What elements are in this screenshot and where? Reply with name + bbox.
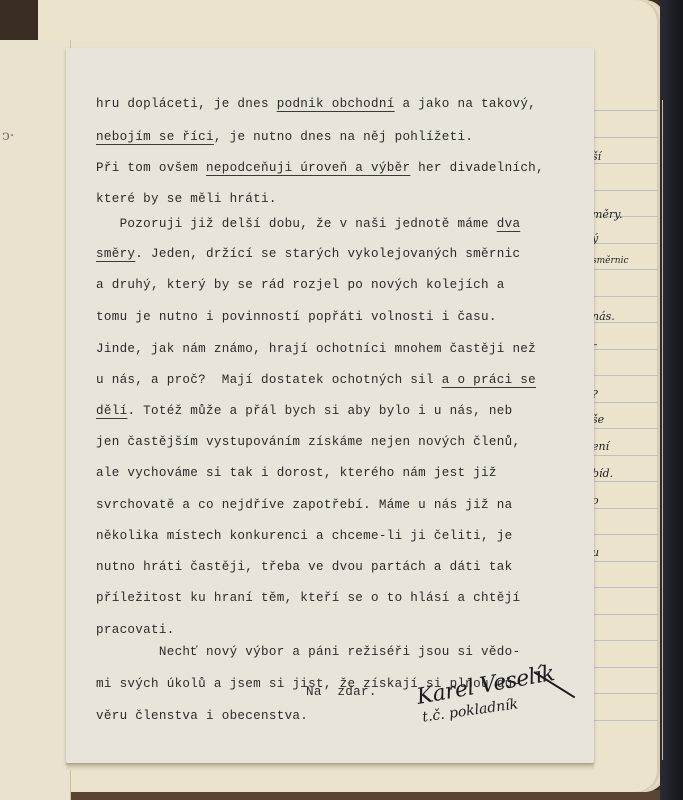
text-segment: které by se měli hráti. xyxy=(96,192,277,206)
ruled-line xyxy=(590,296,658,297)
ruled-line xyxy=(590,137,658,138)
handwritten-fragment: ení xyxy=(592,440,609,453)
text-line: které by se měli hráti. xyxy=(96,191,277,207)
text-segment: . Jeden, držící se starých vykolejovanýc… xyxy=(135,247,520,261)
handwritten-fragment: měry. xyxy=(592,208,622,221)
notebook-cover xyxy=(660,0,683,800)
text-line: ale vychováme si tak i dorost, kterého n… xyxy=(96,465,497,481)
typewritten-sheet: hru dopláceti, je dnes podnik obchodní a… xyxy=(66,48,594,763)
text-line: Nechť nový výbor a páni režiséři jsou si… xyxy=(96,644,520,660)
text-segment: pracovati. xyxy=(96,623,175,637)
underlined-phrase: nebojím se říci xyxy=(96,130,214,144)
text-segment: Při tom ovšem xyxy=(96,161,206,175)
underlined-phrase: a o práci se xyxy=(442,373,536,387)
text-line: nutno hráti častěji, třeba ve dvou partá… xyxy=(96,559,512,575)
underlined-phrase: dva xyxy=(497,217,521,231)
text-line: nebojím se říci, je nutno dnes na něj po… xyxy=(96,129,473,145)
text-line: Jinde, jak nám známo, hrají ochotníci mn… xyxy=(96,341,536,357)
text-line: hru dopláceti, je dnes podnik obchodní a… xyxy=(96,96,536,112)
text-segment: ale vychováme si tak i dorost, kterého n… xyxy=(96,466,497,480)
text-line: několika místech konkurenci a chceme-li … xyxy=(96,528,512,544)
ruled-line xyxy=(590,693,658,694)
text-segment: . Totéž může a přál bych si aby bylo i u… xyxy=(127,404,512,418)
text-segment: jen častějším vystupováním získáme nejen… xyxy=(96,435,520,449)
text-line: u nás, a proč? Mají dostatek ochotných s… xyxy=(96,372,536,388)
text-segment: Pozoruji již delší dobu, že v naši jedno… xyxy=(96,217,497,231)
text-line: svrchovatě a co nejdříve zapotřebí. Máme… xyxy=(96,497,512,513)
text-segment: věru členstva i obecenstva. xyxy=(96,709,308,723)
ruled-line xyxy=(590,640,658,641)
text-segment: , je nutno dnes na něj pohlížeti. xyxy=(214,130,473,144)
underlined-phrase: směry xyxy=(96,247,135,261)
ruled-line xyxy=(590,455,658,456)
text-segment: Jinde, jak nám známo, hrají ochotníci mn… xyxy=(96,342,536,356)
text-segment: příležitost ku hraní těm, kteří se o to … xyxy=(96,591,520,605)
text-segment: svrchovatě a co nejdříve zapotřebí. Máme… xyxy=(96,498,512,512)
text-segment: Nechť nový výbor a páni režiséři jsou si… xyxy=(96,645,520,659)
text-segment: hru dopláceti, je dnes xyxy=(96,97,277,111)
text-segment: her divadelních, xyxy=(410,161,544,175)
text-segment: několika místech konkurenci a chceme-li … xyxy=(96,529,512,543)
text-line: směry. Jeden, držící se starých vykolejo… xyxy=(96,246,520,262)
facing-left-page: ↄ· xyxy=(0,40,71,800)
ruled-line xyxy=(590,243,658,244)
ruled-line xyxy=(590,375,658,376)
ruled-line xyxy=(590,190,658,191)
ruled-line xyxy=(590,269,658,270)
ruled-line xyxy=(590,667,658,668)
ruled-line xyxy=(590,163,658,164)
ruled-line xyxy=(590,720,658,721)
text-line: pracovati. xyxy=(96,622,175,638)
text-line: tomu je nutno i povinností popřáti volno… xyxy=(96,309,497,325)
text-line: věru členstva i obecenstva. xyxy=(96,708,308,724)
handwritten-fragment: bíd. xyxy=(592,467,613,480)
ruled-line xyxy=(590,402,658,403)
ruled-line xyxy=(590,508,658,509)
text-line: Při tom ovšem nepodceňuji úroveň a výběr… xyxy=(96,160,544,176)
notebook-page-edge xyxy=(662,100,663,760)
underlined-phrase: dělí xyxy=(96,404,127,418)
ruled-line xyxy=(590,481,658,482)
text-segment: tomu je nutno i povinností popřáti volno… xyxy=(96,310,497,324)
text-line: jen častějším vystupováním získáme nejen… xyxy=(96,434,520,450)
ruled-line xyxy=(590,534,658,535)
ruled-line xyxy=(590,614,658,615)
text-segment: nutno hráti častěji, třeba ve dvou partá… xyxy=(96,560,512,574)
text-line: příležitost ku hraní těm, kteří se o to … xyxy=(96,590,520,606)
handwritten-fragment: směrnic xyxy=(592,256,629,266)
ruled-line xyxy=(590,428,658,429)
text-segment: a druhý, který by se rád rozjel po novýc… xyxy=(96,278,505,292)
underlined-phrase: podnik obchodní xyxy=(277,97,395,111)
text-line: dělí. Totéž může a přál bych si aby bylo… xyxy=(96,403,512,419)
underlined-phrase: nepodceňuji úroveň a výběr xyxy=(206,161,410,175)
ruled-line xyxy=(590,587,658,588)
closing-greeting: Na zdar. xyxy=(306,684,377,700)
text-line: Pozoruji již delší dobu, že v naši jedno… xyxy=(96,216,520,232)
ruled-line xyxy=(590,110,658,111)
ruled-line xyxy=(590,561,658,562)
left-page-pen-mark: ↄ· xyxy=(2,128,14,144)
text-segment: u nás, a proč? Mají dostatek ochotných s… xyxy=(96,373,442,387)
text-line: a druhý, který by se rád rozjel po novýc… xyxy=(96,277,505,293)
text-segment: a jako na takový, xyxy=(395,97,536,111)
handwritten-fragment: nás. xyxy=(592,310,615,323)
ruled-line xyxy=(590,349,658,350)
